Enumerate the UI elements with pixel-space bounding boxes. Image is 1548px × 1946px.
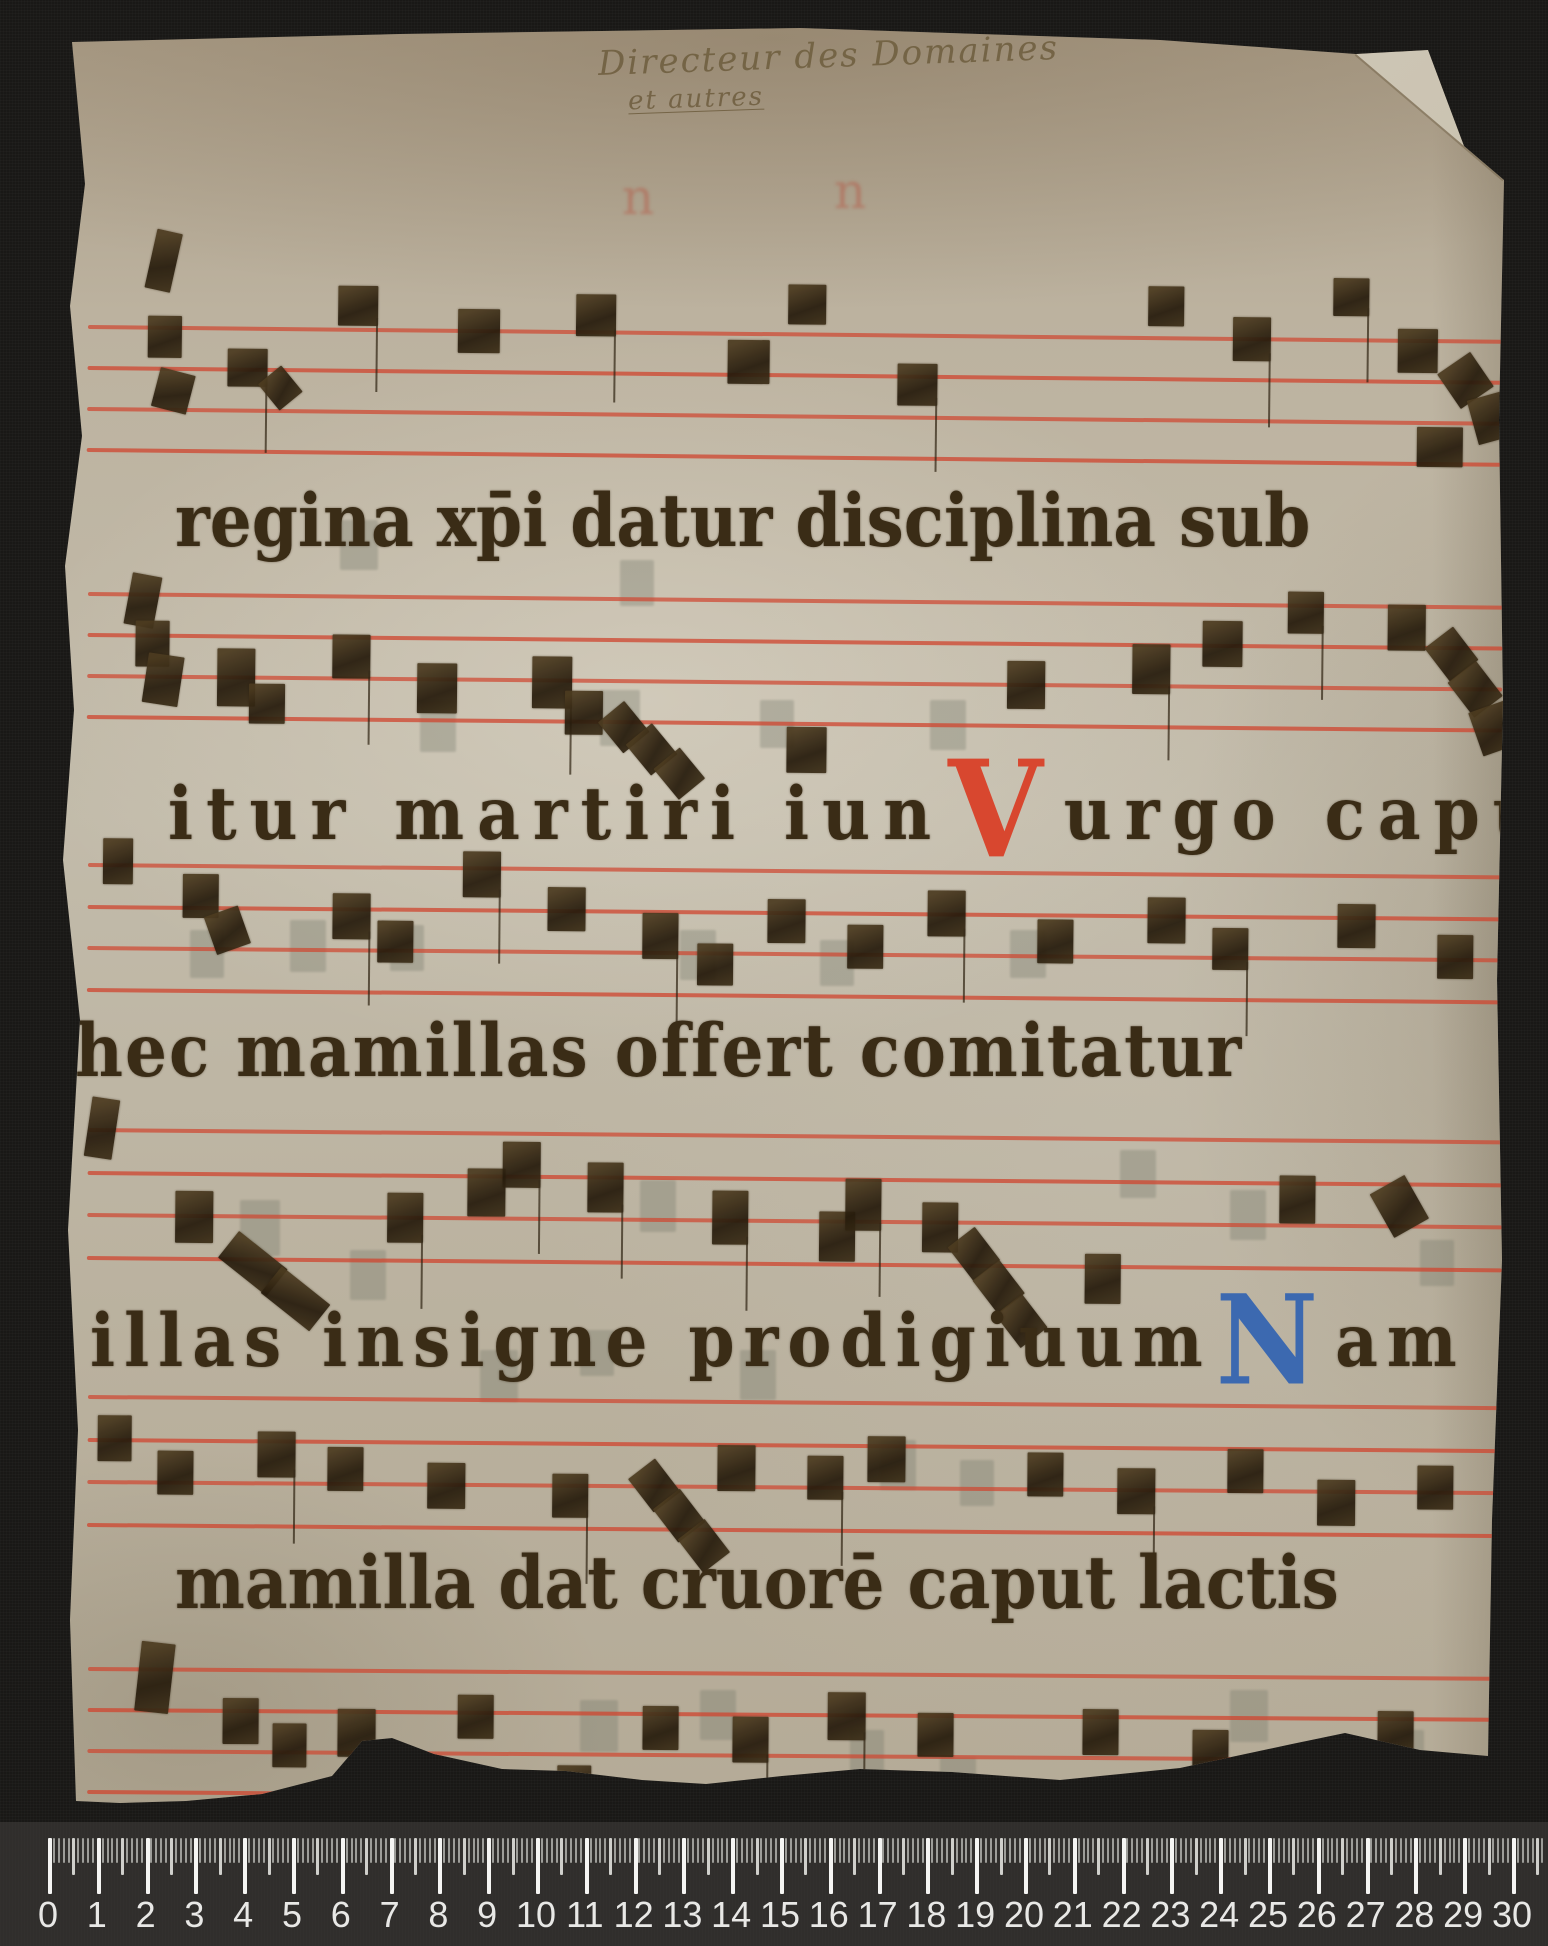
neume-note — [377, 921, 413, 963]
ruler-tick — [790, 1838, 792, 1863]
ruler-number: 26 — [1297, 1894, 1337, 1936]
ruler-number: 8 — [428, 1894, 448, 1936]
ruler-tick — [604, 1838, 606, 1863]
ruler-tick — [697, 1838, 699, 1863]
ruler-tick — [429, 1838, 431, 1863]
neume-note — [463, 851, 501, 897]
ruler-tick — [1292, 1838, 1295, 1875]
ruler-tick — [1219, 1838, 1223, 1894]
ruler-tick — [150, 1838, 152, 1863]
ruler-number: 28 — [1394, 1894, 1434, 1936]
ruler-tick — [1097, 1838, 1100, 1875]
neume-note — [847, 925, 883, 969]
ruler-tick — [404, 1838, 406, 1863]
ruler-tick — [253, 1838, 255, 1863]
ruler-tick — [1014, 1838, 1016, 1863]
ruler-tick — [1341, 1838, 1344, 1875]
ruler-tick — [946, 1838, 948, 1863]
ruler-tick — [687, 1838, 689, 1863]
ruler-tick — [516, 1838, 518, 1863]
neume-note — [1421, 1761, 1472, 1817]
neume-stem — [293, 1470, 296, 1544]
staff-line — [87, 1790, 1502, 1804]
ruler-tick — [414, 1838, 417, 1875]
ruler-tick — [922, 1838, 924, 1863]
ruler-tick — [1405, 1838, 1407, 1863]
ruler-tick — [848, 1838, 850, 1863]
ruler-tick — [175, 1838, 177, 1863]
ruler-tick — [595, 1838, 597, 1863]
neume-stem — [1268, 353, 1271, 427]
ruler-tick — [809, 1838, 811, 1863]
neume-note — [458, 1695, 494, 1739]
chant-text-line: mamilla dat cruorē caput lactis — [175, 1540, 1339, 1626]
ruler-number: 30 — [1492, 1894, 1532, 1936]
ruler-tick — [975, 1838, 979, 1894]
ruler-tick — [136, 1838, 138, 1863]
ruler-tick — [326, 1838, 328, 1863]
ruler-number: 19 — [955, 1894, 995, 1936]
ruler-tick — [190, 1838, 192, 1863]
ruler-number: 11 — [566, 1894, 603, 1936]
ruler-tick — [1253, 1838, 1255, 1863]
ruler-tick — [1229, 1838, 1231, 1863]
neume-note — [142, 652, 185, 707]
neume-note — [867, 1436, 905, 1482]
ruler-tick — [1312, 1838, 1314, 1863]
ruler-tick — [1078, 1838, 1080, 1863]
ruler-tick — [1483, 1838, 1485, 1863]
ruler-tick — [209, 1838, 211, 1863]
neume-note — [1212, 928, 1248, 970]
music-staff — [87, 1667, 1503, 1847]
ruler-tick — [1234, 1838, 1236, 1863]
staff-line — [88, 366, 1503, 385]
ruler-number: 18 — [906, 1894, 946, 1936]
ruler-tick — [1370, 1838, 1372, 1863]
ruler-tick — [77, 1838, 79, 1863]
neume-note — [717, 1445, 755, 1491]
ruler-tick — [526, 1838, 528, 1863]
ruler-tick — [1336, 1838, 1338, 1863]
staff-line — [87, 407, 1502, 426]
ruler-tick — [668, 1838, 670, 1863]
archival-inscription-line1: Directeur des Domaines — [597, 28, 1059, 84]
ruler-tick — [931, 1838, 933, 1863]
ruler-tick — [1009, 1838, 1011, 1863]
ruler-tick — [155, 1838, 157, 1863]
neume-note — [1117, 1468, 1155, 1514]
ruler-tick — [316, 1838, 319, 1875]
neume-note — [845, 1179, 881, 1231]
ruler-tick — [243, 1838, 247, 1894]
staff-line — [88, 1437, 1503, 1452]
neume-note — [134, 1641, 176, 1714]
ruler-tick — [775, 1838, 777, 1863]
ruler-tick — [858, 1838, 860, 1863]
neume-note — [1417, 427, 1463, 467]
neume-stem — [1246, 962, 1249, 1036]
ruler-tick — [302, 1838, 304, 1863]
ruler-tick — [892, 1838, 894, 1863]
ruler-tick — [1200, 1838, 1202, 1863]
chant-text-segment: am — [1335, 1298, 1466, 1384]
staff-line — [87, 1522, 1502, 1537]
ruler-tick — [1322, 1838, 1324, 1863]
neume-note — [103, 838, 133, 884]
ruler-tick — [1307, 1838, 1309, 1863]
ruler-number: 15 — [760, 1894, 800, 1936]
ruler-tick — [82, 1838, 84, 1863]
neume-note — [337, 1709, 375, 1757]
neume-note — [222, 1698, 258, 1744]
ruler-tick — [214, 1838, 216, 1863]
neume-stem — [613, 329, 616, 403]
neume-stem — [621, 1205, 624, 1279]
ruler-tick — [1122, 1838, 1126, 1894]
ruler-tick — [399, 1838, 401, 1863]
ruler-tick — [560, 1838, 563, 1875]
ruler-tick — [580, 1838, 582, 1863]
neume-stem — [766, 1755, 769, 1829]
ruler-tick — [1522, 1838, 1524, 1863]
ruler-tick — [1239, 1838, 1241, 1863]
ruler-tick — [629, 1838, 631, 1863]
ruler-tick — [53, 1838, 55, 1863]
neume-note — [338, 286, 378, 326]
neume-note — [1148, 286, 1184, 326]
ruler-tick — [824, 1838, 826, 1863]
neume-note — [565, 691, 603, 735]
ruler-tick — [1073, 1838, 1077, 1894]
ruler-number: 9 — [477, 1894, 497, 1936]
ruler-tick — [1278, 1838, 1280, 1863]
neume-note — [387, 1193, 423, 1243]
ruler-tick — [521, 1838, 523, 1863]
ruler-tick — [438, 1838, 442, 1894]
ruler-tick — [170, 1838, 173, 1875]
ruler-tick — [1268, 1838, 1272, 1894]
ruler-tick — [1390, 1838, 1393, 1875]
ruler-tick — [331, 1838, 333, 1863]
ruler-tick — [1327, 1838, 1329, 1863]
staff-line — [88, 325, 1503, 344]
ruler-tick — [72, 1838, 75, 1875]
ruler-tick — [1039, 1838, 1041, 1863]
chant-text-segment: urgo caput — [1064, 771, 1548, 857]
ruler-tick — [180, 1838, 182, 1863]
ruler-tick — [1541, 1838, 1543, 1863]
ruler-tick — [648, 1838, 650, 1863]
ruler-number: 3 — [184, 1894, 204, 1936]
ruler-tick — [229, 1838, 231, 1863]
ruler-tick — [1283, 1838, 1285, 1863]
ruler-tick — [1361, 1838, 1363, 1863]
ruler-tick — [321, 1838, 323, 1863]
neume-stem — [538, 1180, 541, 1254]
ruler-tick — [1424, 1838, 1426, 1863]
neume-note — [1037, 919, 1073, 963]
ruler-number: 25 — [1248, 1894, 1288, 1936]
neume-note — [1192, 1730, 1228, 1774]
ruler-tick — [194, 1838, 198, 1894]
ruler-tick — [980, 1838, 982, 1863]
ruler-tick — [482, 1838, 484, 1863]
ruler-tick — [1087, 1838, 1089, 1863]
ruler-tick — [87, 1838, 89, 1863]
ruler-number: 22 — [1102, 1894, 1142, 1936]
ruler-tick — [902, 1838, 905, 1875]
ruler-tick — [1473, 1838, 1475, 1863]
ruler-tick — [1366, 1838, 1370, 1894]
ruler-number: 21 — [1053, 1894, 1093, 1936]
ruler-tick — [941, 1838, 943, 1863]
ruler-number: 27 — [1346, 1894, 1386, 1936]
neume-note — [807, 1456, 843, 1500]
neume-note — [1279, 1175, 1315, 1223]
neume-note — [732, 1717, 768, 1763]
ruler-tick — [1044, 1838, 1046, 1863]
ruler-tick — [570, 1838, 572, 1863]
ruler-tick — [829, 1838, 833, 1894]
staff-line — [88, 863, 1503, 879]
neume-note — [1467, 390, 1518, 445]
ruler-tick — [1297, 1838, 1299, 1863]
neume-note — [1505, 960, 1543, 1006]
ruler-tick — [497, 1838, 499, 1863]
ruler-tick — [1107, 1838, 1109, 1863]
ruler-tick — [653, 1838, 655, 1863]
ruler-tick — [1532, 1838, 1534, 1863]
faded-red-mark: n — [622, 168, 654, 226]
ruler-tick — [853, 1838, 856, 1875]
ruler-number: 12 — [614, 1894, 654, 1936]
ruler-tick — [448, 1838, 450, 1863]
ruler-tick — [360, 1838, 362, 1863]
ruler-tick — [1346, 1838, 1348, 1863]
neume-note — [727, 340, 769, 384]
ruler-tick — [1034, 1838, 1036, 1863]
neume-note — [1417, 1465, 1453, 1509]
chant-text-segment: hec mamillas offert comitatur — [75, 1008, 1243, 1094]
ruler-tick — [443, 1838, 445, 1863]
ruler-tick — [863, 1838, 865, 1863]
neume-note — [788, 284, 826, 324]
ruler-tick — [756, 1838, 759, 1875]
chant-text-segment: itur martiri iun — [168, 771, 944, 857]
ruler-tick — [1151, 1838, 1153, 1863]
ruler-tick — [917, 1838, 919, 1863]
ruler-tick — [795, 1838, 797, 1863]
ruler-tick — [287, 1838, 289, 1863]
ruler-tick — [292, 1838, 296, 1894]
neume-note — [1337, 904, 1375, 948]
ruler-tick — [248, 1838, 250, 1863]
staff-line — [87, 946, 1502, 962]
ruler-tick — [839, 1838, 841, 1863]
ruler-tick — [346, 1838, 348, 1863]
ruler-tick — [1527, 1838, 1529, 1863]
chant-text-line: regina xp̄i datur disciplina sub — [175, 478, 1310, 564]
ruler-tick — [878, 1838, 882, 1894]
neume-note — [97, 1415, 131, 1461]
ruler-tick — [1380, 1838, 1382, 1863]
neume-note — [332, 893, 370, 939]
ruler-tick — [1419, 1838, 1421, 1863]
ruler-tick — [673, 1838, 675, 1863]
ruler-tick — [116, 1838, 118, 1863]
ruler-tick — [63, 1838, 65, 1863]
ruler-tick — [160, 1838, 162, 1863]
ruler-tick — [800, 1838, 802, 1863]
ruler-tick — [1185, 1838, 1187, 1863]
neume-stem — [1366, 308, 1369, 382]
ruler-tick — [619, 1838, 621, 1863]
ruler-tick — [936, 1838, 938, 1863]
ruler-tick — [663, 1838, 665, 1863]
ruler-tick — [1156, 1838, 1158, 1863]
ruler-tick — [375, 1838, 377, 1863]
ruler-tick — [370, 1838, 372, 1863]
ruler-number: 6 — [331, 1894, 351, 1936]
ruler-tick — [951, 1838, 954, 1875]
neume-note — [1227, 1449, 1263, 1493]
staff-line — [87, 1480, 1502, 1495]
ruler-tick — [1092, 1838, 1094, 1863]
chant-text-line: hec mamillas offert comitatur — [75, 1008, 1243, 1094]
ruler-tick — [926, 1838, 930, 1894]
ruler-tick — [536, 1838, 540, 1894]
ruler-tick — [1024, 1838, 1028, 1894]
manuscript-photo-canvas: Directeur des Domaines et autres nn regi… — [0, 0, 1548, 1946]
ruler-tick — [599, 1838, 601, 1863]
chant-text-line: illas insigne prodigiuumNam — [90, 1278, 1466, 1384]
ruler-tick — [419, 1838, 421, 1863]
ruler-tick — [546, 1838, 548, 1863]
ruler-tick — [1317, 1838, 1321, 1894]
neume-note — [767, 899, 805, 943]
neume-stem — [373, 1749, 376, 1823]
neume-note — [1082, 1709, 1118, 1755]
ruler-tick — [463, 1838, 466, 1875]
ruler-tick — [1029, 1838, 1031, 1863]
neume-note — [272, 1723, 306, 1767]
ruler-tick — [185, 1838, 187, 1863]
ruler-tick — [678, 1838, 680, 1863]
ruler-tick — [1351, 1838, 1353, 1863]
neume-note — [144, 229, 182, 293]
ruler-tick — [385, 1838, 387, 1863]
ruler-tick — [1063, 1838, 1065, 1863]
faded-red-mark: n — [834, 162, 866, 220]
ruler-tick — [995, 1838, 997, 1863]
ruler-tick — [68, 1838, 70, 1863]
ruler-tick — [141, 1838, 143, 1863]
neume-note — [1398, 329, 1438, 373]
neume-note — [1233, 317, 1271, 361]
ruler-tick — [507, 1838, 509, 1863]
ruler-tick — [409, 1838, 411, 1863]
ruler-tick — [907, 1838, 909, 1863]
ruler-tick — [1429, 1838, 1431, 1863]
ruler-tick — [741, 1838, 743, 1863]
ruler-tick — [434, 1838, 436, 1863]
ruler-tick — [272, 1838, 274, 1863]
ruler-tick — [585, 1838, 589, 1894]
ruler-tick — [1190, 1838, 1192, 1863]
neume-stem — [863, 1732, 866, 1806]
ruler-tick — [204, 1838, 206, 1863]
neume-note — [183, 874, 219, 918]
ruler-tick — [1131, 1838, 1133, 1863]
ruler-tick — [233, 1838, 235, 1863]
ruler-tick — [1112, 1838, 1114, 1863]
staff-line — [87, 448, 1502, 467]
ruler-tick — [541, 1838, 543, 1863]
ruler-tick — [804, 1838, 807, 1875]
neume-note — [1288, 592, 1324, 634]
ruler-tick — [468, 1838, 470, 1863]
ruler-tick — [121, 1838, 124, 1875]
ruler-tick — [814, 1838, 816, 1863]
ruler-tick — [1453, 1838, 1455, 1863]
ruler-tick — [1117, 1838, 1119, 1863]
ruler-tick — [1170, 1838, 1174, 1894]
neume-note — [587, 1162, 623, 1212]
ruler-tick — [765, 1838, 767, 1863]
ruler-number: 4 — [233, 1894, 253, 1936]
ruler-number: 29 — [1443, 1894, 1483, 1936]
ruler-tick — [1400, 1838, 1402, 1863]
ruler-tick — [502, 1838, 504, 1863]
ruler-tick — [380, 1838, 382, 1863]
ruler-tick — [590, 1838, 592, 1863]
ruler-number: 17 — [858, 1894, 898, 1936]
ruler-tick — [355, 1838, 357, 1863]
ruler-tick — [658, 1838, 661, 1875]
ruler-tick — [1263, 1838, 1265, 1863]
ruler-tick — [453, 1838, 455, 1863]
neume-stem — [368, 931, 371, 1005]
neume-stem — [375, 318, 378, 392]
neume-note — [84, 1096, 121, 1159]
ruler-tick — [551, 1838, 553, 1863]
ruler-tick — [1375, 1838, 1377, 1863]
ruler-tick — [565, 1838, 567, 1863]
ruler-tick — [746, 1838, 748, 1863]
ruler-tick — [277, 1838, 279, 1863]
neume-note — [1437, 935, 1473, 979]
neume-note — [417, 663, 457, 713]
ruler-tick — [1449, 1838, 1451, 1863]
ruler-number: 7 — [380, 1894, 400, 1936]
ruler-tick — [1000, 1838, 1003, 1875]
ruler-tick — [107, 1838, 109, 1863]
ruler-tick — [1385, 1838, 1387, 1863]
ruler-tick — [1048, 1838, 1051, 1875]
ruler-tick — [351, 1838, 353, 1863]
ruler-tick — [1395, 1838, 1397, 1863]
ruler-tick — [224, 1838, 226, 1863]
ruler-tick — [751, 1838, 753, 1863]
ruler-tick — [238, 1838, 240, 1863]
ruler-tick — [721, 1838, 723, 1863]
ruler-tick — [638, 1838, 640, 1863]
ruler-tick — [1444, 1838, 1446, 1863]
ruler-tick — [843, 1838, 845, 1863]
staff-line — [88, 633, 1503, 651]
staff-line — [88, 1128, 1503, 1144]
